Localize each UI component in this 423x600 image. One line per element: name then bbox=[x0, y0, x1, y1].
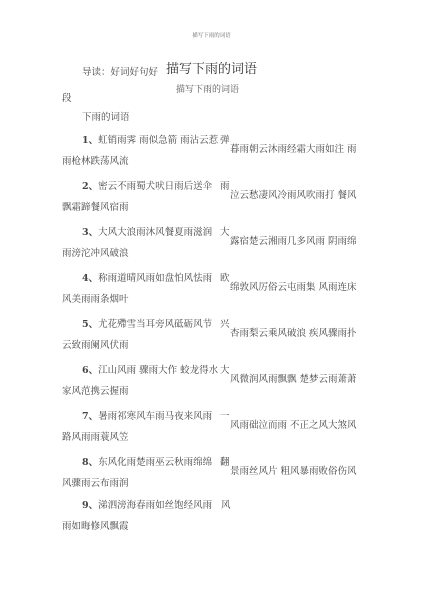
item-text: 尤花殢雪当耳旁风砥砺风节 bbox=[98, 319, 212, 330]
list-item: 4、称雨道晴风雨如盘怕风怯雨 欧 绵敦风厉俗云屯雨集 风雨连床 风美雨雨条烟叶 bbox=[0, 270, 423, 310]
list-item: 8、东风化雨楚雨巫云秋雨绵绵 翻 景雨丝风片 粗风暴雨败俗伤风 风骤雨云布雨润 bbox=[0, 454, 423, 494]
item-text: 称雨道晴风雨如盘怕风怯雨 bbox=[98, 273, 212, 284]
item-line2: 雨枪林跌荡风流 bbox=[62, 153, 129, 167]
item-column2-text: 暮雨朝云沐雨经霜大雨如注 雨 bbox=[230, 141, 357, 155]
document-title: 描写下雨的词语 bbox=[166, 58, 257, 77]
item-line1: 5、尤花殢雪当耳旁风砥砺风节 bbox=[82, 316, 212, 330]
item-line2: 云致雨阑风伏雨 bbox=[62, 337, 129, 351]
item-line1: 9、涕泗滂海春雨如丝饱经风雨 bbox=[82, 497, 212, 511]
item-overflow-char: 大 bbox=[220, 224, 230, 238]
item-line2: 雨如晦修风飘霞 bbox=[62, 518, 129, 532]
item-number: 2、 bbox=[82, 181, 98, 192]
list-item: 2、密云不雨蜀犬吠日雨后送伞 雨 泣云愁凄风冷雨风吹雨打 餐风 飘霜蹄餐风宿雨 bbox=[0, 178, 423, 218]
item-line2: 风骤雨云布雨润 bbox=[62, 475, 129, 489]
item-overflow-char: 大 bbox=[220, 362, 230, 376]
item-text: 大风大浪雨沐风餐夏雨滋润 bbox=[98, 227, 212, 238]
list-item: 3、大风大浪雨沐风餐夏雨滋润 大 露宿楚云湘雨几多风雨 阴雨绵 雨滂沱冲风破浪 bbox=[0, 224, 423, 264]
item-line1: 2、密云不雨蜀犬吠日雨后送伞 bbox=[82, 178, 212, 192]
item-column2-text: 杏雨梨云乘风破浪 疾风骤雨扑 bbox=[230, 325, 357, 339]
item-line1: 3、大风大浪雨沐风餐夏雨滋润 bbox=[82, 224, 212, 238]
item-text: 江山风雨 骤雨大作 蛟龙得水 bbox=[98, 365, 218, 376]
item-number: 6、 bbox=[82, 365, 98, 376]
item-overflow-char: 兴 bbox=[220, 316, 230, 330]
item-overflow-char: 弹 bbox=[220, 132, 230, 146]
list-item: 6、江山风雨 骤雨大作 蛟龙得水 大 风微润风雨飘飘 楚梦云雨萧萧 家风范携云握… bbox=[0, 362, 423, 402]
item-line2: 路风雨雨蓑风笠 bbox=[62, 429, 129, 443]
item-text: 暑雨祁寒风车雨马夜来风雨 bbox=[98, 411, 212, 422]
item-text: 涕泗滂海春雨如丝饱经风雨 bbox=[98, 500, 212, 511]
item-number: 7、 bbox=[82, 411, 98, 422]
item-column2-text: 景雨丝风片 粗风暴雨败俗伤风 bbox=[230, 463, 357, 477]
item-column2-text: 露宿楚云湘雨几多风雨 阴雨绵 bbox=[230, 233, 357, 247]
item-number: 1、 bbox=[82, 135, 98, 146]
list-item: 7、暑雨祁寒风车雨马夜来风雨 一 风雨础泣而雨 不正之风大煞风 路风雨雨蓑风笠 bbox=[0, 408, 423, 448]
guide-label: 导读：好词好句好 bbox=[82, 64, 158, 78]
list-item: 5、尤花殢雪当耳旁风砥砺风节 兴 杏雨梨云乘风破浪 疾风骤雨扑 云致雨阑风伏雨 bbox=[0, 316, 423, 356]
item-number: 4、 bbox=[82, 273, 98, 284]
document-subtitle: 描写下雨的词语 bbox=[176, 82, 239, 95]
item-text: 密云不雨蜀犬吠日雨后送伞 bbox=[98, 181, 212, 192]
item-number: 9、 bbox=[82, 500, 98, 511]
item-line1: 7、暑雨祁寒风车雨马夜来风雨 bbox=[82, 408, 212, 422]
guide-continuation: 段 bbox=[62, 90, 72, 104]
list-item: 9、涕泗滂海春雨如丝饱经风雨 风 雨如晦修风飘霞 bbox=[0, 497, 423, 537]
item-line1: 1、虹销雨霁 雨似急箭 雨沾云惹 bbox=[82, 132, 218, 146]
item-overflow-char: 风 bbox=[221, 497, 231, 511]
item-line2: 家风范携云握雨 bbox=[62, 383, 129, 397]
item-line1: 6、江山风雨 骤雨大作 蛟龙得水 bbox=[82, 362, 218, 376]
item-number: 8、 bbox=[82, 457, 98, 468]
item-line1: 8、东风化雨楚雨巫云秋雨绵绵 bbox=[82, 454, 212, 468]
item-number: 5、 bbox=[82, 319, 98, 330]
item-column2-text: 绵敦风厉俗云屯雨集 风雨连床 bbox=[230, 279, 357, 293]
item-line2: 风美雨雨条烟叶 bbox=[62, 291, 129, 305]
item-overflow-char: 一 bbox=[220, 408, 230, 422]
item-text: 东风化雨楚雨巫云秋雨绵绵 bbox=[98, 457, 212, 468]
item-overflow-char: 雨 bbox=[220, 178, 230, 192]
item-column2-text: 风微润风雨飘飘 楚梦云雨萧萧 bbox=[230, 371, 357, 385]
item-line1: 4、称雨道晴风雨如盘怕风怯雨 bbox=[82, 270, 212, 284]
item-column2-text: 泣云愁凄风冷雨风吹雨打 餐风 bbox=[230, 187, 357, 201]
item-line2: 雨滂沱冲风破浪 bbox=[62, 245, 129, 259]
item-overflow-char: 翻 bbox=[220, 454, 230, 468]
item-text: 虹销雨霁 雨似急箭 雨沾云惹 bbox=[98, 135, 218, 146]
item-column2-text: 风雨础泣而雨 不正之风大煞风 bbox=[230, 417, 357, 431]
list-item: 1、虹销雨霁 雨似急箭 雨沾云惹 弹 暮雨朝云沐雨经霜大雨如注 雨 雨枪林跌荡风… bbox=[0, 132, 423, 172]
item-overflow-char: 欧 bbox=[220, 270, 230, 284]
item-line2: 飘霜蹄餐风宿雨 bbox=[62, 199, 129, 213]
item-number: 3、 bbox=[82, 227, 98, 238]
page-header: 描写下雨的词语 bbox=[0, 31, 423, 39]
section-heading: 下雨的词语 bbox=[82, 109, 130, 123]
